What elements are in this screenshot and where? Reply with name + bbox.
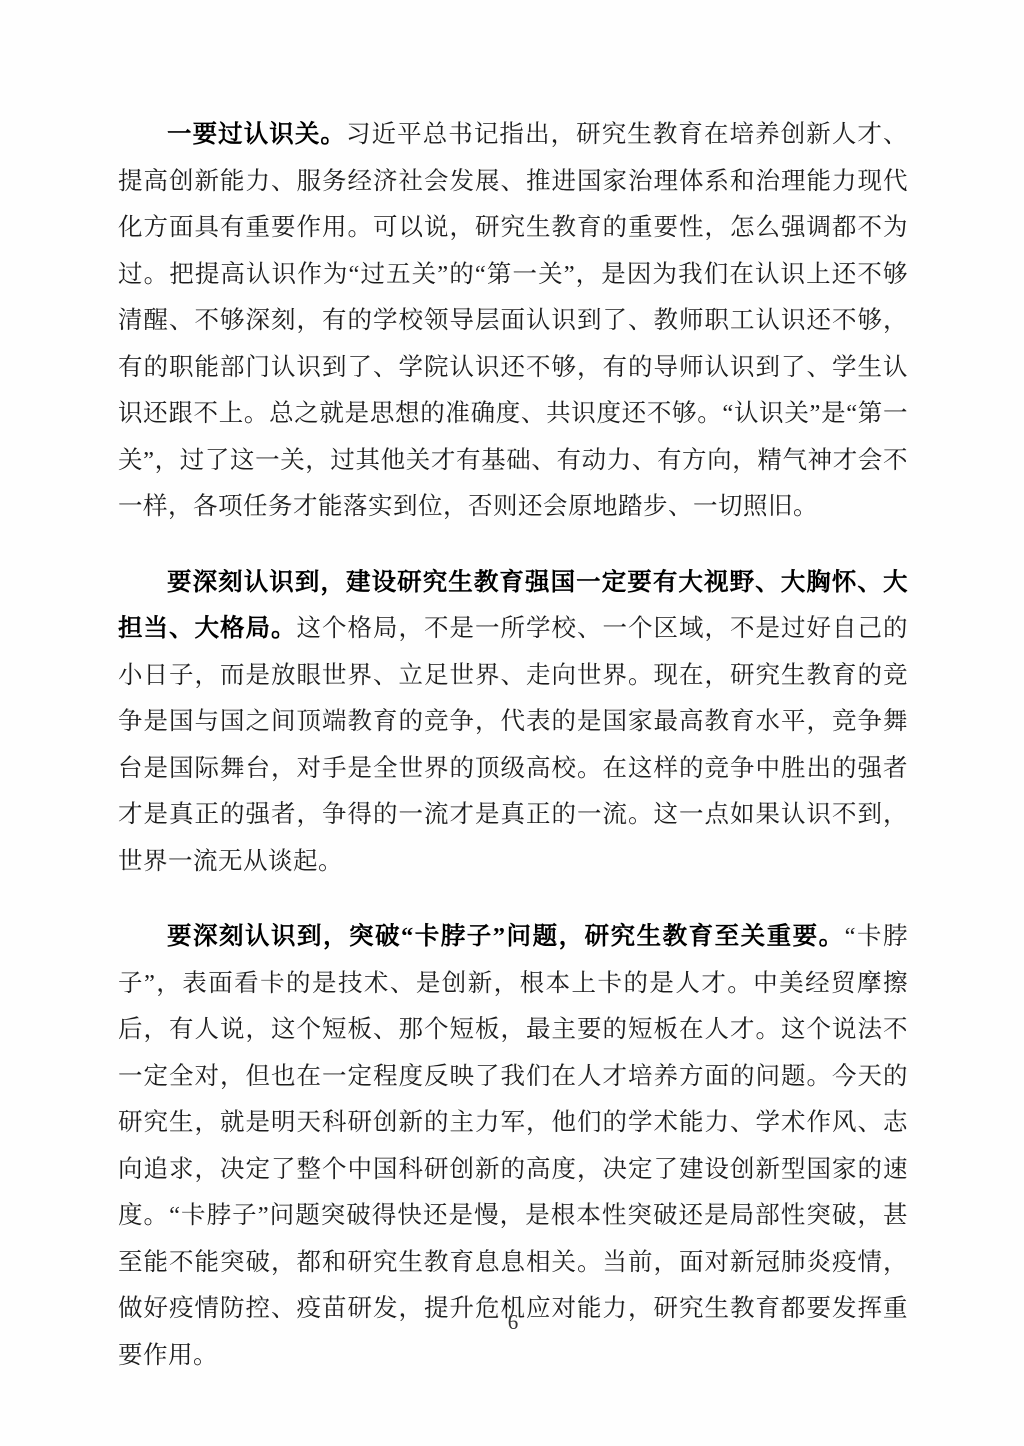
paragraph-3-lead: 要深刻认识到，突破“卡脖子”问题，研究生教育至关重要。 [167,923,845,950]
document-page: 一要过认识关。习近平总书记指出，研究生教育在培养创新人才、提高创新能力、服务经济… [0,0,1024,1446]
paragraph-3-text: “卡脖子”，表面看卡的是技术、是创新，根本上卡的是人才。中美经贸摩擦后，有人说，… [118,923,908,1369]
paragraph-2-text: 这个格局，不是一所学校、一个区域，不是过好自己的小日子，而是放眼世界、立足世界、… [118,615,908,875]
page-number: 6 [118,1310,908,1335]
paragraph-1-lead: 一要过认识关。 [167,121,346,148]
paragraph-1-text: 习近平总书记指出，研究生教育在培养创新人才、提高创新能力、服务经济社会发展、推进… [118,121,908,520]
document-body: 一要过认识关。习近平总书记指出，研究生教育在培养创新人才、提高创新能力、服务经济… [118,112,908,1379]
paragraph-2: 要深刻认识到，建设研究生教育强国一定要有大视野、大胸怀、大担当、大格局。这个格局… [118,560,908,886]
paragraph-1: 一要过认识关。习近平总书记指出，研究生教育在培养创新人才、提高创新能力、服务经济… [118,112,908,531]
